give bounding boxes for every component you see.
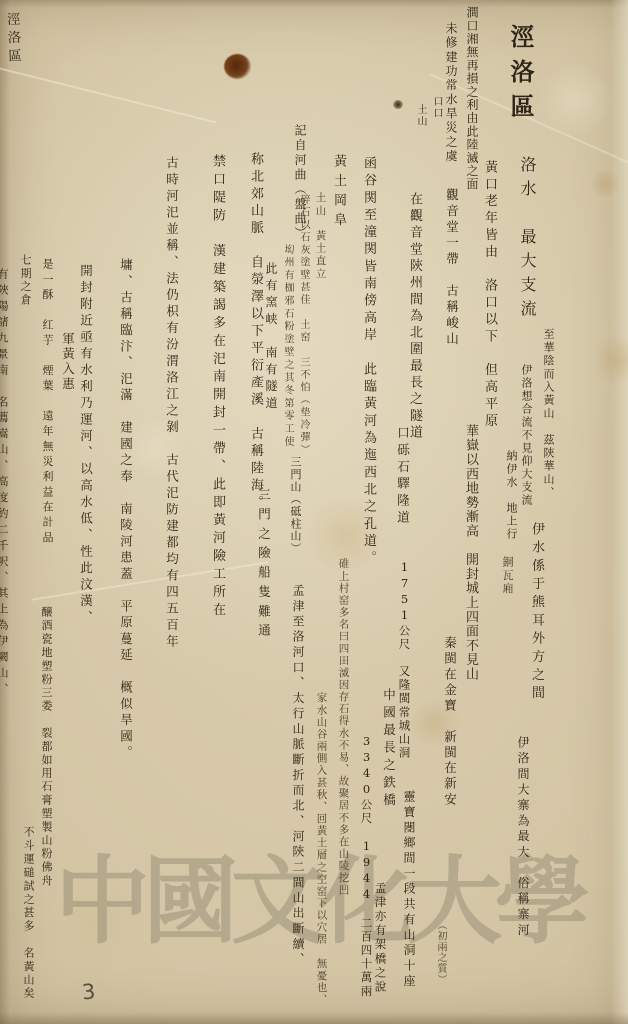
text-column: 秦閩在金寶 新閩在新安 <box>443 636 456 808</box>
text-column: 洛水 最大支流 <box>519 156 535 324</box>
manuscript-page: 中國文化大學 涇洛區 涇洛區 澗口湘無再損之利由此陸滅之面 未修建功常水旱災之虞… <box>0 0 628 1024</box>
text-column: 七期之倉 <box>20 254 31 307</box>
paper-edge-shadow-top <box>0 0 628 8</box>
text-column: 開封附近亟有水利乃運河、以高水低、性此汶漢、 <box>79 264 92 627</box>
text-column: 墉、古稱臨汴、汜滿 建國之奉 南陵河患蓋 平原蔓延 概似旱國。 <box>119 258 132 762</box>
text-column: 不斗運磓試之甚多 名黃山矣 <box>23 826 34 1000</box>
text-column: 称北郊山脈 自滎澤以下平衍產溪 古稱陸海。 <box>249 152 262 512</box>
text-column: 碎石以石灰塗壁甚佳 土窑 三不怕（垫冷彈） <box>298 194 308 457</box>
text-column: 孟津至洛河口、太行山脈斷折而北、河陝二間山出斷續、 <box>292 584 304 968</box>
text-column: 黃口老年皆由 洛口以下 但高平原 <box>483 160 496 430</box>
text-column: 口口 <box>431 96 441 119</box>
corner-label: 涇洛區 <box>4 12 19 67</box>
text-column: 伊水係于熊耳外方之間 <box>530 522 543 704</box>
text-column: 此有窯峡 南有隧道 <box>265 262 277 413</box>
text-column: 納伊水 地上行 <box>506 450 517 541</box>
text-column: 有陜陽諸九景南 名薦嵩山、高度約二千呎、其上為伊闕山、 <box>0 268 8 699</box>
text-column: 函谷関至潼関皆南傍高岸 此臨黃河為迤西北之孔道。 <box>362 156 375 568</box>
text-column: 家水山谷兩側入甚秋、回黃土層之空窑下以穴居 無憂也、 <box>316 692 327 1006</box>
text-column: 未修建功常水旱災之虞 <box>445 22 457 164</box>
text-column: 醸酒瓷地塑粉三娄 裂都如用石膏塑製山粉佛舟 <box>41 606 52 888</box>
text-column: 三門山（砥柱山） <box>290 456 301 555</box>
text-column: 中國最長之鉄橋 <box>382 688 395 811</box>
page-title: 涇洛區 <box>508 24 532 128</box>
text-column: 伊洛想合流不見仰大支流 <box>521 364 532 507</box>
text-column: 黃土岡阜 <box>332 154 345 232</box>
text-column: 觀音堂一帶 古稱峻山 <box>445 188 458 348</box>
text-column: 土山 黃土直立 <box>315 192 326 280</box>
text-column: 碓上村窑多名曰四田㵄因存石得水不易、故聚居不多在山陵挖凹 <box>338 558 349 896</box>
text-column: 1751公尺 又隆閩常城山洞 <box>398 560 410 760</box>
paper-crease-line <box>31 561 268 601</box>
text-column: 銅瓦廂 <box>502 556 513 596</box>
text-column: 孟津亦有架橋之說 <box>374 882 386 994</box>
text-column: 華嶽以西地勢漸高 開封城上四面不見山 <box>464 424 477 681</box>
text-column: （初兩之質） <box>435 920 445 985</box>
text-column: 是一酥 红芋 煙葉 遠年無災利益在計品 <box>42 258 53 546</box>
text-column: 靈寶閿鄉間一段共有山洞十座 <box>403 790 415 990</box>
text-column: 口砾石驛隆道 <box>396 426 409 527</box>
text-column: 在觀音堂陝州間為北圍最長之隧道 <box>408 192 421 442</box>
brown-ink-stain <box>224 54 251 79</box>
ink-blot <box>393 100 403 109</box>
text-column: 禁口隄防 漢建築謁多在汜南開封一帶、此即黃河險工所在 <box>211 154 224 620</box>
text-column: 㘭州有枷邪石粉塗壁之其冬第零工使 <box>282 244 292 449</box>
text-column: 土山 <box>415 104 425 127</box>
paper-crease-line <box>0 59 216 124</box>
text-column: 古時河汜並稱、法仍枳有汾渭洛江之剝 古代汜防建都均有四五百年 <box>165 156 178 651</box>
text-column: 軍黃入惠 <box>61 332 74 392</box>
text-column: 伊洛間大寨為最大 俗稱寨河 <box>517 736 529 939</box>
page-number: 3 <box>81 979 96 1004</box>
text-column: 至華陰而入黃山 茲陝華山、 <box>543 328 554 500</box>
text-column: 3340公尺 1944 二百四十萬兩 <box>360 734 372 998</box>
paper-edge-shadow-bottom <box>0 1012 628 1024</box>
text-column: 澗口湘無再損之利由此陸滅之面 <box>466 6 478 191</box>
